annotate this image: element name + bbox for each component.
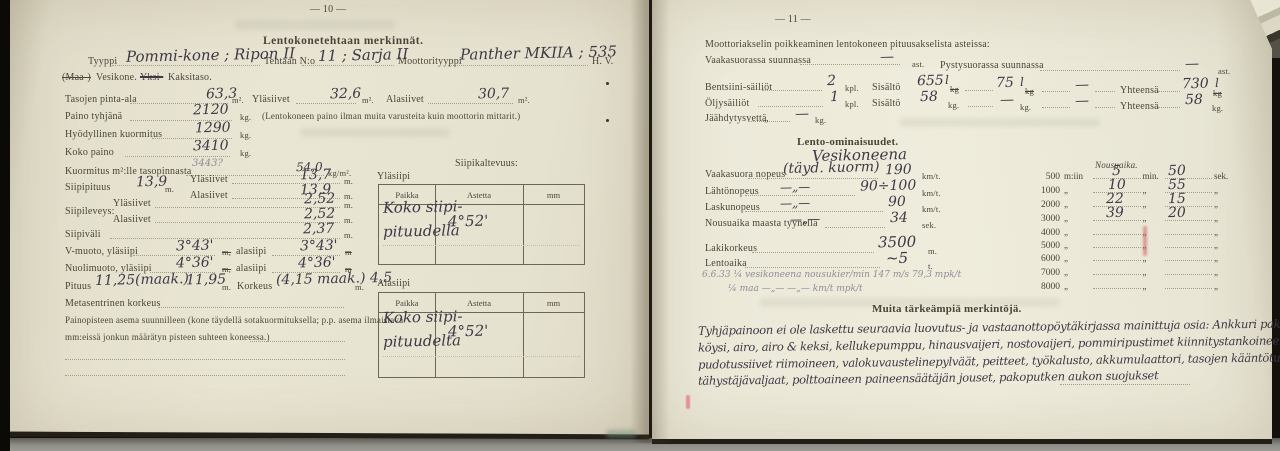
pink-mark: [686, 395, 690, 409]
label-painopiste-1: Painopisteen asema suunnilleen (kone täy…: [65, 315, 403, 325]
climb-sek-unit: sek.: [1214, 171, 1234, 181]
pencil-note-1: 6.6.33 ¼ vesikoneena nousukier/min 147 m…: [702, 270, 961, 280]
label-oljy-yhteensa: Yhteensä: [1120, 101, 1159, 112]
unit-bentsiini-kg-struck-1: kg: [950, 84, 959, 94]
label-yksi: Yksi-: [140, 72, 163, 83]
climb-row-2000: 2000„„„: [1022, 199, 1234, 210]
climb-sek-unit: „: [1214, 253, 1234, 263]
label-siipipituus-ylasiivet: Yläsiivet: [190, 174, 228, 185]
climb-sek-unit: „: [1214, 240, 1234, 250]
label-paino-tyhjana: Paino tyhjänä: [65, 111, 122, 122]
label-lakikorkeus: Lakikorkeus: [705, 243, 757, 254]
ghost-text-smudge: [300, 128, 450, 137]
value-pituus: 11,95: [186, 272, 226, 289]
climb-alt-unit: „: [1060, 267, 1091, 277]
dash-bentsiini: —: [1075, 77, 1089, 93]
label-v-muoto-alasiipi: alasiipi: [236, 246, 266, 257]
climb-alt: 2000: [1022, 200, 1060, 210]
value-siipivali: 2,37: [303, 221, 335, 238]
value-pystysuorassa: —: [1185, 56, 1199, 72]
climb-alt-unit: „: [1060, 281, 1091, 291]
pencil-note-2: ¼ maa —„— —„— km/t mpk/t: [728, 284, 863, 294]
unit-oljy-kpl: kpl.: [845, 99, 859, 109]
value-laskunopeus: 90: [888, 194, 906, 210]
label-koko-paino: Koko paino: [65, 147, 114, 158]
value-nuolimuoto-alasiipi: 4°36': [298, 255, 336, 272]
dash-oljy: —: [1075, 93, 1089, 109]
climb-sek-unit: „: [1214, 281, 1234, 291]
climb-alt: 8000: [1022, 282, 1060, 292]
left-dark-edge: [0, 0, 10, 451]
label-nuolimuoto-alasiipi: alasiipi: [236, 263, 266, 274]
value-ylasiivet-area: 32,6: [330, 86, 362, 103]
label-bentsiini: Bentsiini-säiliöt: [705, 82, 772, 93]
value-pituus-maak: 11,25(maak.): [95, 271, 189, 289]
label-v-muoto: V-muoto, yläsiipi: [65, 246, 138, 257]
unit-hyodyllinen-kuormitus: kg.: [240, 130, 251, 140]
climb-row-3000: 3000„„„: [1022, 213, 1234, 224]
label-ylasiipi: Yläsiipi: [377, 171, 410, 182]
unit-nousuaika-maasta: sek.: [922, 220, 936, 230]
climb-sek-unit: „: [1214, 185, 1234, 195]
unit-v-muoto-1: m,: [222, 247, 231, 257]
label-tasojen-pinta-ala: Tasojen pinta-ala: [65, 94, 137, 105]
value-v-muoto-ylasiipi: 3°43': [176, 238, 214, 255]
label-siipikaltevuus: Siipikaltevuus:: [455, 158, 518, 169]
binding-dot: [606, 82, 609, 85]
climb-alt: 5000: [1022, 241, 1060, 251]
unit-vaakasuora-nopeus: km/t.: [922, 171, 941, 181]
label-vaakasuora-nopeus: Vaakasuora nopeus: [705, 169, 785, 180]
value-lahtonopeus: 90÷100: [860, 177, 917, 194]
climb-alt-unit: „: [1060, 253, 1091, 263]
climb-min-unit: „: [1143, 199, 1163, 209]
climb-min-3000: 39: [1106, 205, 1124, 221]
value-lentoaika: ~5: [886, 249, 908, 267]
label-bentsiini-yhteensa: Yhteensä: [1120, 85, 1159, 96]
value-tyyppi: Pommi-kone ; Ripon II: [126, 44, 295, 66]
label-laskunopeus: Laskunopeus: [705, 202, 760, 213]
ghost-text-smudge: [235, 20, 395, 30]
unit-alasiivet-area: m².: [518, 95, 530, 105]
value-nuolimuoto-ylasiipi: 4°36': [176, 255, 214, 272]
value-vaakasuora-nopeus: 190: [885, 162, 912, 179]
unit-oljy-2: kg.: [1020, 102, 1031, 112]
unit-oljy-total: kg.: [1212, 103, 1223, 113]
value-bentsiini-1: 655: [917, 73, 944, 90]
value-vaakasuorassa: —: [880, 49, 894, 65]
value-korkeus: (4,15 maak.) 4,5: [276, 270, 392, 288]
ditto-nousuaika-maasta: —„—: [790, 212, 821, 227]
value-jaahdytysvetta: —: [795, 106, 809, 122]
ditto-laskunopeus: —„—: [780, 196, 811, 211]
book-photo: — 10 — Lentokonetehtaan merkinnät. Tyypp…: [0, 0, 1280, 451]
climb-row-500: 500m:iinmin.sek.: [1022, 171, 1234, 182]
label-kaksitaso: Kaksitaso.: [168, 72, 212, 83]
climb-alt-unit: „: [1060, 227, 1091, 237]
value-oljy-total: 58: [1185, 92, 1203, 108]
label-siipipituus-alasiivet: Alasiivet: [190, 190, 228, 201]
hw-tayd-kuorm: (täyd. kuorm): [783, 159, 880, 177]
label-siipileveys: Siipileveys:: [65, 206, 115, 217]
unit-bentsiini-l-2: l: [1020, 75, 1024, 89]
title-muita-merkintoja: Muita tärkeämpiä merkintöjä.: [872, 303, 1022, 315]
col-mm: mm: [523, 298, 584, 308]
unit-bentsiini-kg-struck-2: kg: [1025, 86, 1034, 96]
unit-laskunopeus: km/t.: [922, 204, 941, 214]
red-ink-smudge: [1143, 226, 1147, 256]
value-alasiivet-area: 30,7: [478, 86, 510, 103]
climb-alt: 7000: [1022, 268, 1060, 278]
col-paikka: Paikka: [379, 298, 435, 308]
pencil-koko-paino: 3443?: [192, 158, 223, 169]
unit-jaahdytysvetta: kg.: [815, 115, 826, 125]
climb-min-unit: „: [1143, 185, 1163, 195]
unit-lakikorkeus: m.: [928, 246, 937, 256]
label-lentoaika: Lentoaika: [705, 258, 747, 269]
label-vaakasuorassa: Vaakasuorassa suunnassa: [705, 55, 811, 66]
label-korkeus: Korkeus: [237, 281, 272, 292]
climb-alt-unit: „: [1060, 240, 1091, 250]
value-nousuaika-maasta: 34: [890, 210, 908, 226]
book-gutter-shadow: [630, 0, 670, 443]
climb-min-unit: „: [1143, 267, 1163, 277]
page-number-right: — 11 —: [775, 14, 811, 25]
value-siipipituus: 13,9: [136, 174, 168, 191]
unit-siipileveys-alasiivet: m.: [344, 215, 353, 225]
label-pystysuorassa: Pystysuorassa suunnassa: [940, 60, 1044, 71]
unit-koko-paino: kg.: [240, 148, 251, 158]
label-ylasiivet-area: Yläsiivet: [252, 94, 290, 105]
col-mm: mm: [523, 190, 584, 200]
unit-bentsiini-l-1: l: [945, 73, 949, 87]
climb-alt: 1000: [1022, 186, 1060, 196]
unit-siipileveys-ylasiivet: m.: [344, 200, 353, 210]
hw-lower-value: 4°52': [448, 322, 489, 341]
climb-sek-unit: „: [1214, 213, 1234, 223]
ditto-jaahdytysvetta: „: [764, 113, 769, 124]
value-hyodyllinen-kuormitus: 1290: [195, 120, 231, 137]
label-maa: (Maa-): [62, 72, 91, 83]
unit-ylasiivet-area: m².: [362, 95, 374, 105]
climb-alt-unit: „: [1060, 199, 1091, 209]
climb-row-6000: 6000„„„: [1022, 253, 1234, 264]
value-oljy-count: 1: [830, 89, 839, 105]
label-hyodyllinen-kuormitus: Hyödyllinen kuormitus: [65, 129, 162, 140]
climb-min-unit: „: [1143, 213, 1163, 223]
value-v-muoto-alasiipi: 3°43': [300, 238, 338, 255]
col-astetta: Astetta: [435, 298, 523, 308]
ghost-text-smudge: [900, 118, 1100, 127]
value-oljy-2: —: [1000, 92, 1014, 108]
climb-row-5000: 5000„„„: [1022, 240, 1234, 251]
label-metasentrinen: Metasentrinen korkeus: [65, 298, 161, 309]
label-kuormitus-tasopinnasta: Kuormitus m²:lle tasopinnasta: [65, 166, 192, 177]
climb-row-8000: 8000„„„: [1022, 281, 1234, 292]
label-siipileveys-ylasiivet: Yläsiivet: [113, 198, 151, 209]
value-pinta-ala: 63,3: [206, 86, 238, 103]
climb-alt-unit: m:iin: [1060, 171, 1091, 181]
value-oljy-1: 58: [920, 89, 938, 105]
climb-alt-unit: „: [1060, 213, 1091, 223]
unit-bentsiini-total-l: l: [1215, 76, 1219, 90]
value-moottorityyppi: Panther MKIIA ; 535: [460, 42, 617, 63]
label-vesikone: Vesikone.: [96, 72, 137, 83]
label-painopiste-2: mm:eissä jonkun määrätyn pisteen suhteen…: [65, 332, 270, 342]
label-lahtonopeus: Lähtönopeus: [705, 186, 759, 197]
climb-sek-unit: „: [1214, 199, 1234, 209]
unit-v-muoto-2: m: [345, 247, 352, 257]
label-oljysailiot: Öljysäiliöt: [705, 98, 749, 109]
unit-vaakasuorassa: ast.: [912, 59, 924, 69]
unit-siipivali: m.: [344, 230, 353, 240]
climb-alt: 4000: [1022, 228, 1060, 238]
ditto-lahtonopeus: —„—: [780, 180, 811, 195]
climb-row-4000: 4000„„„: [1022, 227, 1234, 238]
label-tyyppi: Tyyppi: [88, 56, 117, 67]
page-right-bottom-edge: [652, 439, 1272, 444]
climb-min-unit: „: [1143, 281, 1163, 291]
climb-alt-unit: „: [1060, 185, 1091, 195]
label-siipipituus: Siipipituus: [65, 182, 111, 193]
unit-oljy-1: kg.: [948, 100, 959, 110]
label-alasiivet-area: Alasiivet: [386, 94, 424, 105]
hw-upper-value: 4°52': [448, 212, 489, 231]
climb-row-1000: 1000„„„: [1022, 185, 1234, 196]
climb-sek-unit: „: [1214, 227, 1234, 237]
note-paino-tyhjana: (Lentokoneen paino ilman muita varusteit…: [262, 111, 520, 121]
binding-dot: [606, 119, 609, 122]
climb-sek-3000: 20: [1168, 205, 1186, 221]
green-smudge: [606, 430, 636, 438]
climb-alt: 500: [1022, 172, 1060, 182]
label-siipivali: Siipiväli: [65, 229, 101, 240]
unit-lahtonopeus: km/t.: [922, 188, 941, 198]
climb-min-unit: min.: [1143, 171, 1163, 181]
climb-row-7000: 7000„„„: [1022, 267, 1234, 278]
label-jaahdytysvetta: Jäähdytysvettä: [705, 113, 767, 124]
unit-bentsiini-kpl: kpl.: [845, 83, 859, 93]
page-number-left: — 10 —: [310, 4, 346, 15]
climb-alt: 6000: [1022, 254, 1060, 264]
value-bentsiini-count: 2: [827, 73, 836, 89]
value-paino-tyhjana: 2120: [193, 102, 229, 119]
label-siipileveys-alasiivet: Alasiivet: [113, 214, 151, 225]
unit-paino-tyhjana: kg.: [240, 112, 251, 122]
climb-alt: 3000: [1022, 214, 1060, 224]
label-oljy-sisalto: Sisältö: [872, 98, 901, 109]
label-bentsiini-sisalto: Sisältö: [872, 82, 901, 93]
label-pituus: Pituus: [65, 281, 91, 292]
unit-siipipituus-ylasiivet: m.: [344, 176, 353, 186]
value-bentsiini-total: 730: [1182, 76, 1209, 93]
value-tehtaan-no: 11 ; Sarja II: [318, 45, 409, 65]
value-bentsiini-2: 75: [996, 75, 1014, 91]
value-koko-paino: 3410: [193, 138, 229, 155]
climb-sek-unit: „: [1214, 267, 1234, 277]
unit-pystysuorassa: ast.: [1218, 66, 1230, 76]
label-moottoriakseli: Moottoriakselin poikkeaminen lentokoneen…: [705, 39, 990, 50]
